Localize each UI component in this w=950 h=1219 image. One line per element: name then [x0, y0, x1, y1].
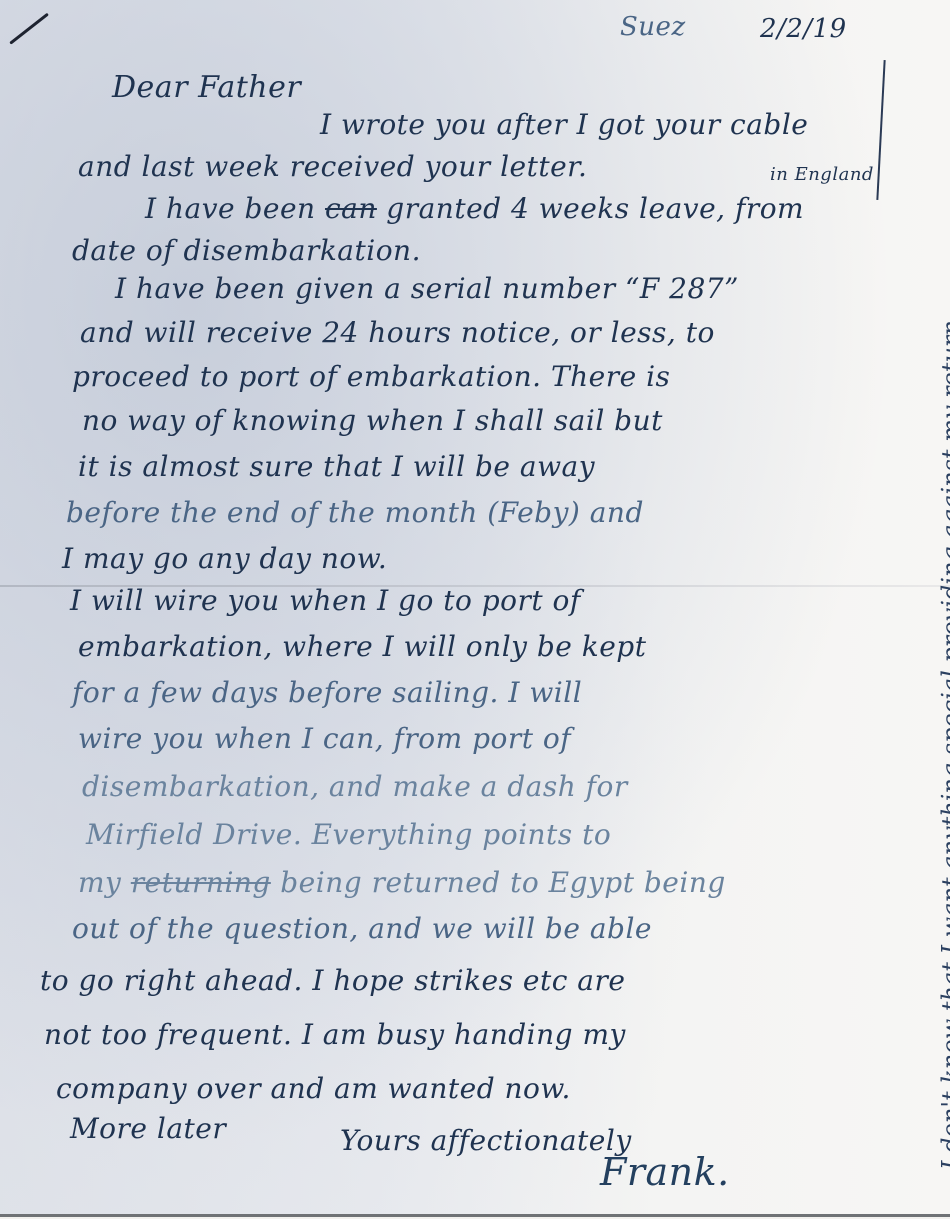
struck-word-can: can — [325, 192, 377, 225]
margin-divider-line — [876, 60, 885, 200]
body-line-5: I have been given a serial number “F 287… — [115, 272, 739, 305]
body-line-17: Mirfield Drive. Everything points to — [86, 818, 611, 851]
struck-word-returning: returning — [131, 866, 271, 899]
body-line-18-part2: being returned to Egypt being — [271, 866, 726, 899]
body-line-18-part1: my — [78, 866, 131, 899]
body-line-16: disembarkation, and make a dash for — [82, 770, 628, 803]
body-line-14: for a few days before sailing. I will — [72, 676, 582, 709]
salutation: Dear Father — [112, 70, 301, 105]
body-line-10: before the end of the month (Feby) and — [66, 496, 644, 529]
insertion-in-england: in England — [770, 164, 874, 185]
postscript: More later — [70, 1112, 226, 1145]
body-line-15: wire you when I can, from port of — [78, 722, 571, 755]
body-line-7: proceed to port of embarkation. There is — [72, 360, 670, 393]
body-line-8: no way of knowing when I shall sail but — [82, 404, 663, 437]
signature: Frank. — [600, 1150, 730, 1194]
body-line-1: I wrote you after I got your cable — [320, 108, 808, 141]
body-line-3-part2: granted 4 weeks leave, from — [377, 192, 804, 225]
body-line-6: and will receive 24 hours notice, or les… — [80, 316, 715, 349]
letter-date: 2/2/19 — [760, 14, 847, 44]
body-line-19: out of the question, and we will be able — [72, 912, 652, 945]
letter-place: Suez — [620, 12, 686, 42]
body-line-12: I will wire you when I go to port of — [70, 584, 581, 617]
margin-note: I don't know that I want anything specia… — [935, 320, 950, 1170]
body-line-20: to go right ahead. I hope strikes etc ar… — [40, 964, 625, 997]
body-line-13: embarkation, where I will only be kept — [78, 630, 646, 663]
closing: Yours affectionately — [340, 1124, 632, 1157]
body-line-4: date of disembarkation. — [72, 234, 421, 267]
body-line-22: company over and am wanted now. — [56, 1072, 571, 1105]
body-line-2: and last week received your letter. — [78, 150, 587, 183]
body-line-9: it is almost sure that I will be away — [78, 450, 595, 483]
body-line-3-part1: I have been — [145, 192, 325, 225]
body-line-21: not too frequent. I am busy handing my — [44, 1018, 626, 1051]
body-line-11: I may go any day now. — [62, 542, 387, 575]
body-line-3: I have been can granted 4 weeks leave, f… — [145, 192, 804, 225]
page-number-mark — [9, 13, 48, 45]
margin-note-line-1: I don't know that I want anything specia… — [935, 320, 950, 1170]
body-line-18: my returning being returned to Egypt bei… — [78, 866, 726, 899]
letter-page: Suez 2/2/19 Dear Father I wrote you afte… — [0, 0, 950, 1217]
